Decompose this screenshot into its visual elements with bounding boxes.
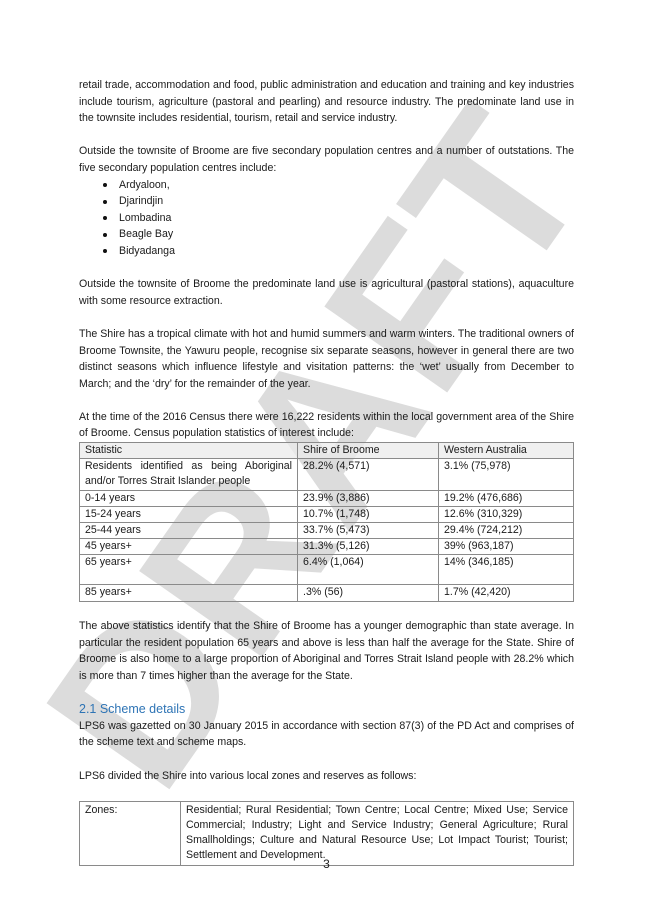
section-heading: 2.1 Scheme details	[79, 701, 574, 718]
paragraph-scheme-gazette: LPS6 was gazetted on 30 January 2015 in …	[79, 718, 574, 751]
document-page: DRAFT retail trade, accommodation and fo…	[0, 0, 653, 923]
page-content: retail trade, accommodation and food, pu…	[79, 77, 574, 866]
list-item: Djarindjin	[79, 193, 574, 210]
cell-wa: 19.2% (476,686)	[439, 490, 574, 506]
cell-statistic: 25-44 years	[80, 523, 298, 539]
cell-shire: 31.3% (5,126)	[298, 539, 439, 555]
table-header-row: Statistic Shire of Broome Western Austra…	[80, 443, 574, 459]
zones-label: Zones:	[80, 801, 181, 865]
paragraph-census-summary: The above statistics identify that the S…	[79, 618, 574, 684]
cell-wa: 29.4% (724,212)	[439, 523, 574, 539]
paragraph-secondary-centres: Outside the townsite of Broome are five …	[79, 143, 574, 176]
table-row: 15-24 years 10.7% (1,748) 12.6% (310,329…	[80, 506, 574, 522]
list-item: Beagle Bay	[79, 226, 574, 243]
cell-shire: 6.4% (1,064)	[298, 555, 439, 585]
paragraph-land-use: Outside the townsite of Broome the predo…	[79, 276, 574, 309]
cell-statistic: 85 years+	[80, 585, 298, 601]
column-header-statistic: Statistic	[80, 443, 298, 459]
cell-statistic: 65 years+	[80, 555, 298, 585]
paragraph-zones-intro: LPS6 divided the Shire into various loca…	[79, 768, 574, 785]
zones-value: Residential; Rural Residential; Town Cen…	[181, 801, 574, 865]
cell-shire: .3% (56)	[298, 585, 439, 601]
cell-wa: 1.7% (42,420)	[439, 585, 574, 601]
cell-wa: 39% (963,187)	[439, 539, 574, 555]
list-item: Bidyadanga	[79, 243, 574, 260]
table-row: Residents identified as being Aboriginal…	[80, 459, 574, 490]
paragraph-climate: The Shire has a tropical climate with ho…	[79, 326, 574, 392]
cell-statistic: 0-14 years	[80, 490, 298, 506]
centres-list: Ardyaloon, Djarindjin Lombadina Beagle B…	[79, 177, 574, 260]
cell-statistic: 45 years+	[80, 539, 298, 555]
paragraph-census-intro: At the time of the 2016 Census there wer…	[79, 409, 574, 442]
cell-wa: 3.1% (75,978)	[439, 459, 574, 490]
zones-table: Zones: Residential; Rural Residential; T…	[79, 801, 574, 866]
table-row: Zones: Residential; Rural Residential; T…	[80, 801, 574, 865]
census-table: Statistic Shire of Broome Western Austra…	[79, 442, 574, 602]
paragraph-intro: retail trade, accommodation and food, pu…	[79, 77, 574, 127]
table-row: 45 years+ 31.3% (5,126) 39% (963,187)	[80, 539, 574, 555]
table-row: 25-44 years 33.7% (5,473) 29.4% (724,212…	[80, 523, 574, 539]
cell-statistic: Residents identified as being Aboriginal…	[80, 459, 298, 490]
list-item: Lombadina	[79, 210, 574, 227]
table-row: 85 years+ .3% (56) 1.7% (42,420)	[80, 585, 574, 601]
cell-shire: 33.7% (5,473)	[298, 523, 439, 539]
cell-shire: 23.9% (3,886)	[298, 490, 439, 506]
cell-statistic: 15-24 years	[80, 506, 298, 522]
cell-wa: 14% (346,185)	[439, 555, 574, 585]
list-item: Ardyaloon,	[79, 177, 574, 194]
table-row: 65 years+ 6.4% (1,064) 14% (346,185)	[80, 555, 574, 585]
page-number: 3	[0, 857, 653, 871]
cell-shire: 28.2% (4,571)	[298, 459, 439, 490]
cell-shire: 10.7% (1,748)	[298, 506, 439, 522]
cell-wa: 12.6% (310,329)	[439, 506, 574, 522]
table-row: 0-14 years 23.9% (3,886) 19.2% (476,686)	[80, 490, 574, 506]
column-header-wa: Western Australia	[439, 443, 574, 459]
column-header-shire: Shire of Broome	[298, 443, 439, 459]
